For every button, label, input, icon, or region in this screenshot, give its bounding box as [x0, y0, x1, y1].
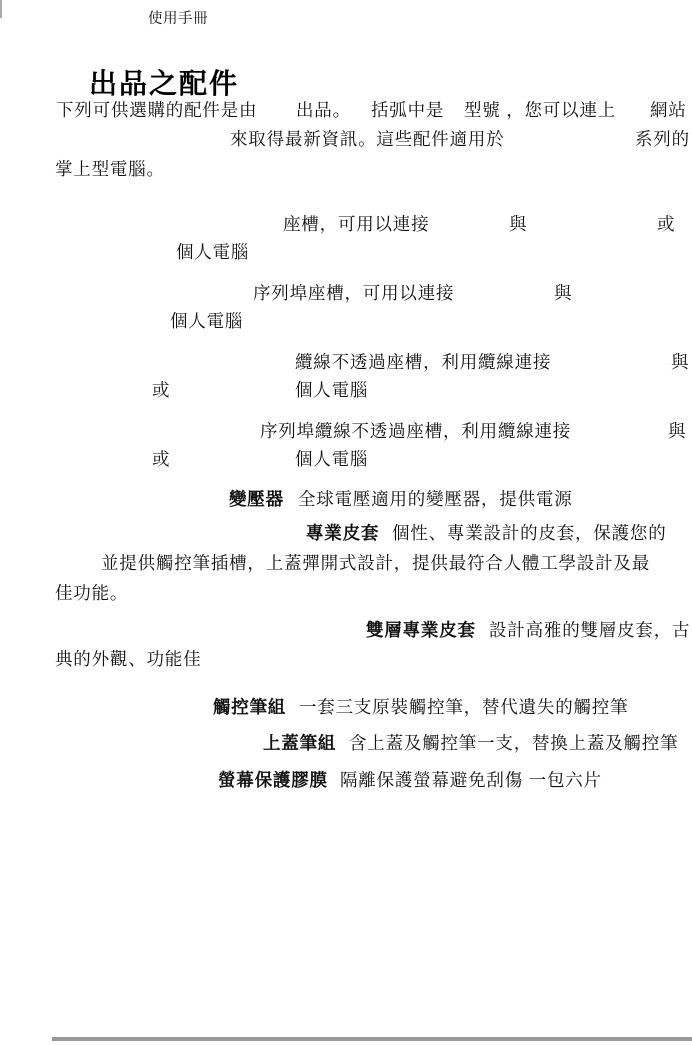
item-cradle-conj1: 與 — [509, 213, 527, 235]
item-cable-conj1: 與 — [671, 351, 689, 373]
item-stylus-set-desc: 一套三支原裝觸控筆，替代遺失的觸控筆 — [299, 696, 628, 718]
item-serial-cable-or: 或 — [152, 448, 170, 470]
item-screen-protector-desc: 隔離保護螢幕避免刮傷 一包六片 — [340, 769, 602, 791]
item-serial-cable-line1: 序列埠纜線不透過座槽，利用纜線連接 — [260, 420, 571, 442]
page-edge-tick — [0, 0, 2, 18]
intro-line3: 掌上型電腦。 — [55, 158, 165, 180]
item-pro-case-label: 專業皮套 — [306, 522, 379, 544]
item-cable-line2: 個人電腦 — [295, 379, 368, 401]
intro-line1-part1: 下列可供選購的配件是由 — [56, 99, 257, 121]
intro-line2-part2: 系列的 — [635, 128, 690, 150]
page-title: 出品之配件 — [89, 62, 239, 102]
item-cover-pen-set-desc: 含上蓋及觸控筆一支，替換上蓋及觸控筆 — [349, 732, 678, 754]
intro-line1-part2: 出品。 — [296, 99, 351, 121]
item-pro-case-line3: 佳功能。 — [55, 582, 128, 604]
intro-line2-part1: 來取得最新資訊。這些配件適用於 — [230, 128, 505, 150]
item-double-case-label: 雙層專業皮套 — [366, 619, 476, 641]
item-serial-cradle-line2: 個人電腦 — [170, 310, 243, 332]
item-double-case-line2: 典的外觀、功能佳 — [55, 648, 201, 670]
item-serial-cradle-line1: 序列埠座槽，可用以連接 — [253, 282, 454, 304]
item-pro-case-line2: 並提供觸控筆插槽，上蓋彈開式設計，提供最符合人體工學設計及最 — [101, 552, 650, 574]
item-screen-protector-label: 螢幕保護膠膜 — [218, 769, 328, 791]
item-adapter-label: 變壓器 — [229, 488, 284, 510]
item-double-case-desc: 設計高雅的雙層皮套，古 — [489, 619, 690, 641]
item-cradle-conj2: 或 — [657, 213, 675, 235]
page-header: 使用手冊 — [148, 7, 208, 28]
intro-line1-part4: 型號 ，您可以連上 — [464, 99, 616, 121]
footer-rule — [52, 1037, 692, 1041]
item-serial-cradle-conj1: 與 — [554, 282, 572, 304]
item-adapter-desc: 全球電壓適用的變壓器，提供電源 — [298, 488, 573, 510]
item-cable-line1: 纜線不透過座槽，利用纜線連接 — [295, 351, 551, 373]
item-pro-case-desc: 個性、專業設計的皮套，保護您的 — [392, 522, 667, 544]
item-stylus-set-label: 觸控筆組 — [213, 696, 286, 718]
item-cover-pen-set-label: 上蓋筆組 — [263, 732, 336, 754]
item-serial-cable-line2: 個人電腦 — [295, 448, 368, 470]
item-cradle-line2: 個人電腦 — [176, 241, 249, 263]
intro-line1-part3: 括弧中是 — [371, 99, 444, 121]
item-cable-or: 或 — [152, 379, 170, 401]
manual-page: 使用手冊 出品之配件 下列可供選購的配件是由 出品。 括弧中是 型號 ，您可以連… — [0, 0, 692, 1045]
intro-line1-part5: 網站 — [650, 99, 687, 121]
item-serial-cable-conj1: 與 — [668, 420, 686, 442]
item-cradle-line1: 座槽，可用以連接 — [283, 213, 429, 235]
